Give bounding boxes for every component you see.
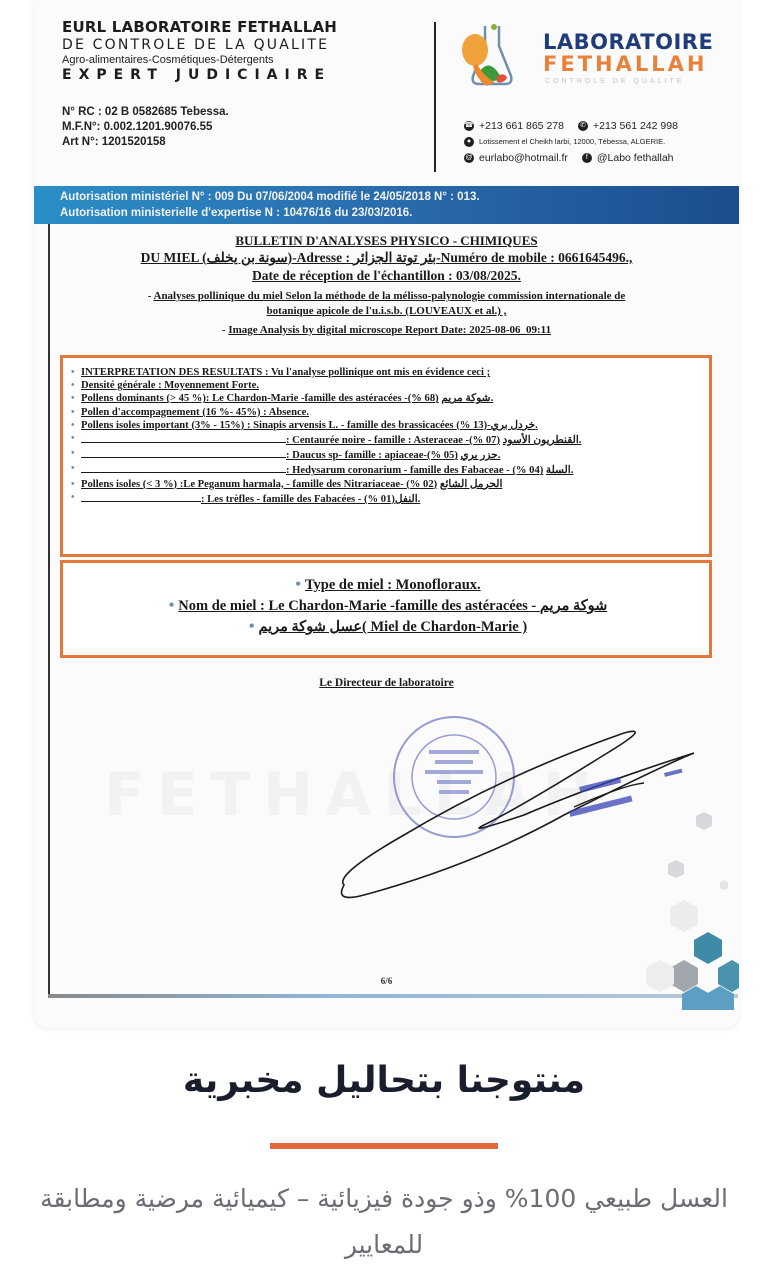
method-line-1: Analyses pollinique du miel Selon la mét… [154,290,626,302]
company-name: EURL LABORATOIRE FETHALLAH [62,18,442,36]
method-line-2: botanique apicole de l'u.i.s.b. (LOUVEAU… [267,305,507,317]
interpretation-item: : Hedysarum coronarium - famille des Fab… [71,462,699,477]
honey-type: •Type de miel : Monofloraux. [63,575,709,596]
honey-type-box: •Type de miel : Monofloraux. •Nom de mie… [60,560,712,658]
authorization-line-1: Autorisation ministériel N° : 009 Du 07/… [60,189,739,205]
flask-logo-icon [459,22,519,92]
header-divider [434,22,436,172]
logo-name-line1: LABORATOIRE [543,30,713,54]
section-heading: منتوجنا بتحاليل مخبرية [0,1060,768,1101]
location-icon: ● [464,137,474,147]
honey-name: •Nom de miel : Le Chardon-Marie -famille… [63,596,709,617]
contact-info: ☎ +213 661 865 278 ✆ +213 561 242 998 ● … [464,118,739,166]
logo-tagline: CONTROLE DE QUALITE [545,78,684,85]
bulletin-subtitle: DU MIEL (سونة بن يخلف)-Adresse : بئر توت… [34,249,739,267]
interpretation-item: Densité générale : Moyennement Forte. [71,379,699,392]
authorization-banner: Autorisation ministériel N° : 009 Du 07/… [34,186,739,224]
heading-accent-bar [270,1143,498,1149]
honey-name-arabic: •عسل شوكة مريم( Miel de Chardon-Marie ) [63,617,709,638]
authorization-line-2: Autorisation ministerielle d'expertise N… [60,205,739,221]
phone-number-1: +213 661 865 278 [479,118,564,134]
interpretation-item: Pollens isoles (< 3 %) :Le Peganum harma… [71,478,699,491]
lab-logo: LABORATOIRE FETHALLAH CONTROLE DE QUALIT… [459,22,739,92]
interpretation-item: : Centaurée noire - famille : Asteraceae… [71,432,699,447]
interpretation-item: : Les trèfles - famille des Fabacées - ا… [71,491,699,506]
interpretation-item: Pollens isoles important (3% - 15%) : Si… [71,419,699,432]
art-number: Art N°: 1201520158 [62,135,442,150]
company-sectors: Agro-alimentaires-Cosmétiques-Détergents [62,54,442,66]
facebook-handle: @Labo fethallah [597,150,674,166]
company-expert: EXPERT JUDICIAIRE [62,67,442,83]
section-description: العسل طبيعي 100% وذو جودة فيزيائية – كيم… [30,1176,738,1268]
phone-number-2: +213 561 242 998 [593,118,678,134]
reception-date: Date de réception de l'échantillon : 03/… [34,267,739,285]
page-number: 6/6 [34,976,739,986]
whatsapp-icon: ✆ [578,121,588,131]
image-analysis-line: - Image Analysis by digital microscope R… [34,323,739,338]
rc-number: N° RC : 02 B 0582685 Tebessa. [62,105,442,120]
facebook-icon: f [582,153,592,163]
director-label: Le Directeur de laboratoire [34,677,739,689]
interpretation-item: Pollen d'accompagnement (16 %- 45%) : Ab… [71,406,699,419]
mfn-number: M.F.N°: 0.002.1201.90076.55 [62,120,442,135]
address: Lotissement el Cheikh larbi, 12000, Tébe… [479,134,665,150]
lab-report-document: EURL LABORATOIRE FETHALLAH DE CONTROLE D… [34,0,739,1028]
registration-info: N° RC : 02 B 0582685 Tebessa. M.F.N°: 0.… [62,105,442,150]
interpretation-box: INTERPRETATION DES RESULTATS : Vu l'anal… [60,355,712,557]
phone-icon: ☎ [464,121,474,131]
bulletin-title: BULLETIN D'ANALYSES PHYSICO - CHIMIQUES [34,232,739,249]
company-header: EURL LABORATOIRE FETHALLAH DE CONTROLE D… [62,18,442,150]
email-icon: @ [464,153,474,163]
bulletin-title-block: BULLETIN D'ANALYSES PHYSICO - CHIMIQUES … [34,232,739,338]
email-address: eurlabo@hotmail.fr [479,150,568,166]
interpretation-item: : Daucus sp- famille : apiaceae-جزر بري … [71,447,699,462]
image-analysis: Image Analysis by digital microscope Rep… [228,324,551,336]
interpretation-heading: INTERPRETATION DES RESULTATS : Vu l'anal… [71,366,699,379]
interpretation-item: Pollens dominants (> 45 %): Le Chardon-M… [71,392,699,405]
logo-name-line2: FETHALLAH [543,52,707,76]
company-activity: DE CONTROLE DE LA QUALITE [62,37,442,53]
method-description: - Analyses pollinique du miel Selon la m… [34,289,739,319]
